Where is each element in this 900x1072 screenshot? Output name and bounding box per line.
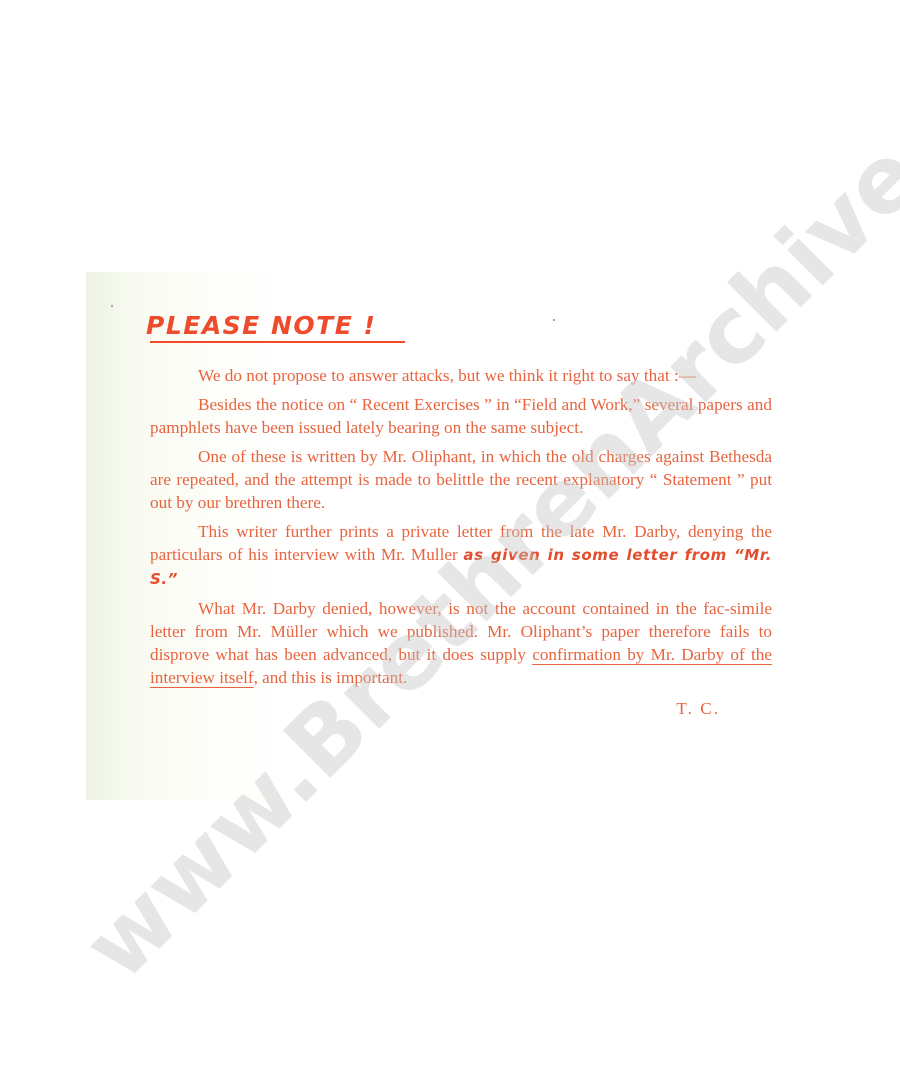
paragraph-conclusion: What Mr. Darby denied, however, is not t… bbox=[150, 597, 772, 689]
paragraph-besides: Besides the notice on “ Recent Exercises… bbox=[150, 393, 772, 439]
paragraph-oliphant: One of these is written by Mr. Oliphant,… bbox=[150, 445, 772, 514]
page-title: PLEASE NOTE ! bbox=[146, 311, 376, 340]
signature-row: T. C. bbox=[150, 689, 772, 713]
scan-speck bbox=[111, 305, 113, 307]
paragraph-darby-letter: This writer further prints a private let… bbox=[150, 520, 772, 591]
paragraph-intro: We do not propose to answer attacks, but… bbox=[150, 364, 772, 387]
signature: T. C. bbox=[676, 697, 720, 720]
document-body: We do not propose to answer attacks, but… bbox=[150, 364, 772, 713]
paragraph-conclusion-tail: , and this is important. bbox=[254, 668, 408, 687]
scan-speck bbox=[553, 319, 555, 321]
title-underline bbox=[150, 341, 405, 343]
